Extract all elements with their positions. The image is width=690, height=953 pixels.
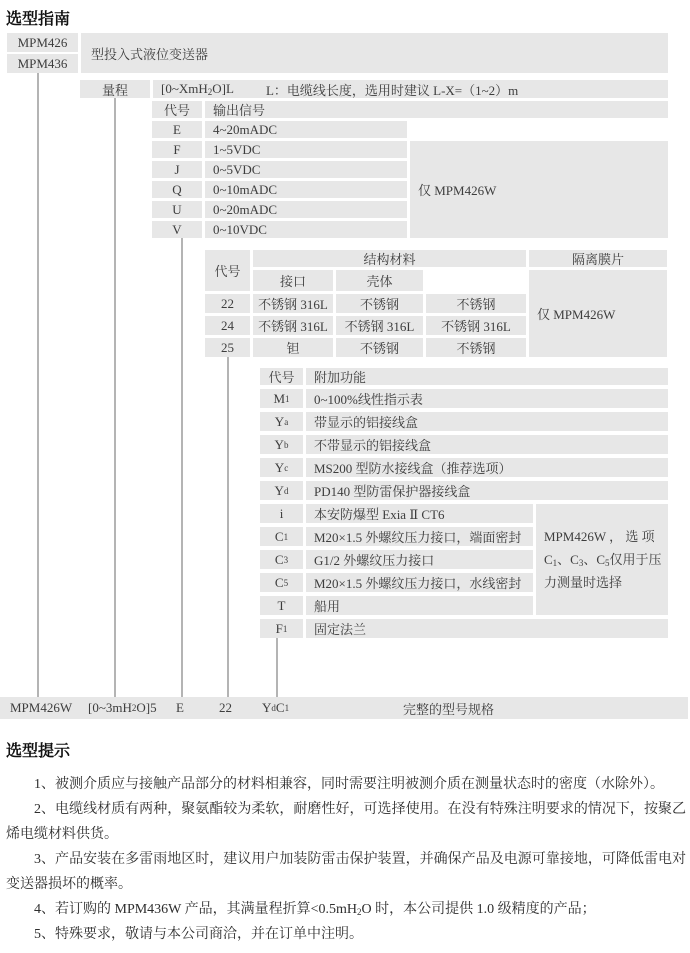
example-range: [0~3mH2O]5	[88, 697, 157, 719]
materials-value-cell: 不锈钢	[336, 338, 423, 357]
materials-group-header: 结构材料	[253, 250, 526, 267]
materials-code-cell: 24	[205, 316, 250, 335]
additional-code-cell: Yd	[260, 481, 303, 500]
output-desc-cell: 1~5VDC	[205, 141, 407, 158]
additional-desc-cell: G1/2 外螺纹压力接口	[306, 550, 533, 569]
example-material-code: 22	[219, 697, 232, 719]
output-code-cell: V	[152, 221, 202, 238]
additional-desc-cell: M20×1.5 外螺纹压力接口，水线密封	[306, 573, 533, 592]
output-desc-cell: 0~5VDC	[205, 161, 407, 178]
additional-name-header: 附加功能	[306, 368, 668, 385]
additional-code-cell: Ya	[260, 412, 303, 431]
output-code-cell: Q	[152, 181, 202, 198]
materials-value-cell: 不锈钢 316L	[426, 316, 526, 335]
additional-code-cell: C3	[260, 550, 303, 569]
tips-list: 1、被测介质应与接触产品部分的材料相兼容，同时需要注明被测介质在测量状态时的密度…	[6, 772, 686, 947]
additional-note-line: MPM426W ， 选 项	[544, 525, 655, 548]
page-title: 选型指南	[6, 6, 70, 29]
materials-value-cell: 不锈钢 316L	[253, 294, 333, 313]
additional-code-cell: M1	[260, 389, 303, 408]
materials-value-cell: 不锈钢 316L	[253, 316, 333, 335]
additional-code-cell: C5	[260, 573, 303, 592]
additional-desc-cell: 0~100%线性指示表	[306, 389, 668, 408]
additional-code-cell: Yb	[260, 435, 303, 454]
additional-desc-cell: 船用	[306, 596, 533, 615]
materials-col-header-diaphragm: 隔离膜片	[529, 250, 667, 267]
materials-value-cell: 不锈钢	[336, 294, 423, 313]
connector-line-model	[37, 73, 39, 697]
additional-desc-cell: PD140 型防雷保护器接线盒	[306, 481, 668, 500]
additional-desc-cell: 带显示的铝接线盒	[306, 412, 668, 431]
output-code-cell: U	[152, 201, 202, 218]
connector-line-range	[114, 98, 116, 697]
materials-code-header: 代号	[205, 250, 250, 291]
output-note-box: 仅 MPM426W	[410, 141, 668, 238]
additional-code-cell: T	[260, 596, 303, 615]
additional-code-cell: i	[260, 504, 303, 523]
output-desc-cell: 0~20mADC	[205, 201, 407, 218]
output-code-cell: F	[152, 141, 202, 158]
materials-code-cell: 22	[205, 294, 250, 313]
output-desc-cell: 4~20mADC	[205, 121, 407, 138]
output-code-cell: J	[152, 161, 202, 178]
additional-code-cell: F1	[260, 619, 303, 638]
range-value: [0~XmH2O]L	[161, 81, 234, 97]
example-model: MPM426W	[10, 697, 72, 719]
additional-desc-cell: MS200 型防水接线盒（推荐选项）	[306, 458, 668, 477]
materials-value-cell: 钽	[253, 338, 333, 357]
output-desc-cell: 0~10mADC	[205, 181, 407, 198]
materials-note-box: 仅 MPM426W	[529, 270, 667, 357]
materials-col-header-housing: 壳体	[336, 270, 423, 291]
connector-line-output	[181, 238, 183, 697]
output-name-header: 输出信号	[205, 101, 668, 118]
additional-desc-cell: 不带显示的铝接线盒	[306, 435, 668, 454]
output-signal-table: 代号 输出信号 仅 MPM426W E4~20mADCF1~5VDCJ0~5VD…	[152, 101, 668, 238]
output-desc-cell: 0~10VDC	[205, 221, 407, 238]
additional-code-cell: C1	[260, 527, 303, 546]
range-row: 量程 [0~XmH2O]L L：电缆线长度，选用时建议 L-X=（1~2）m	[80, 80, 668, 98]
connector-line-materials	[227, 357, 229, 697]
additional-functions-table: 代号 附加功能 MPM426W ， 选 项C1、C3、C5仅用于压力测量时选择 …	[260, 368, 668, 638]
tip-item: 3、产品安装在多雷雨地区时，建议用户加装防雷击保护装置，并确保产品及电源可靠接地…	[6, 847, 686, 897]
range-note: L：电缆线长度，选用时建议 L-X=（1~2）m	[266, 80, 518, 98]
additional-desc-cell: 本安防爆型 Exia Ⅱ CT6	[306, 504, 533, 523]
model-code-mpm426: MPM426	[7, 33, 78, 52]
materials-value-cell: 不锈钢 316L	[336, 316, 423, 335]
tip-item: 4、若订购的 MPM436W 产品，其满量程折算<0.5mH2O 时，本公司提供…	[6, 897, 686, 922]
output-code-cell: E	[152, 121, 202, 138]
additional-note-line: C1、C3、C5仅用于压	[544, 548, 662, 571]
additional-code-header: 代号	[260, 368, 303, 385]
tips-title: 选型提示	[6, 738, 70, 761]
model-code-mpm436: MPM436	[7, 54, 78, 73]
additional-desc-cell: M20×1.5 外螺纹压力接口，端面密封	[306, 527, 533, 546]
additional-code-cell: Yc	[260, 458, 303, 477]
model-type-desc: 型投入式液位变送器	[81, 33, 668, 73]
tip-item: 1、被测介质应与接触产品部分的材料相兼容，同时需要注明被测介质在测量状态时的密度…	[6, 772, 686, 797]
example-caption: 完整的型号规格	[403, 697, 494, 719]
selection-guide-page: 选型指南 MPM426 型投入式液位变送器 MPM436 量程 [0~XmH2O…	[0, 0, 690, 953]
additional-note-box: MPM426W ， 选 项C1、C3、C5仅用于压力测量时选择	[536, 504, 668, 615]
connector-line-additional	[276, 638, 278, 697]
tip-item: 5、特殊要求，敬请与本公司商洽，并在订单中注明。	[6, 922, 686, 947]
tip-item: 2、电缆线材质有两种，聚氨酯较为柔软，耐磨性好，可选择使用。在没有特殊注明要求的…	[6, 797, 686, 847]
additional-note-line: 力测量时选择	[544, 571, 622, 594]
materials-value-cell: 不锈钢	[426, 294, 526, 313]
example-model-bar: MPM426W [0~3mH2O]5 E 22 YdC1 完整的型号规格	[0, 697, 688, 719]
materials-col-header-port: 接口	[253, 270, 333, 291]
materials-value-cell: 不锈钢	[426, 338, 526, 357]
range-label: 量程	[80, 80, 150, 98]
example-output-code: E	[176, 697, 184, 719]
range-value-cell: [0~XmH2O]L L：电缆线长度，选用时建议 L-X=（1~2）m	[153, 80, 668, 98]
additional-desc-cell: 固定法兰	[306, 619, 668, 638]
materials-table: 代号 结构材料 隔离膜片 接口 壳体 仅 MPM426W 22不锈钢 316L不…	[205, 250, 667, 357]
output-code-header: 代号	[152, 101, 202, 118]
example-additional-codes: YdC1	[262, 697, 289, 719]
model-table: MPM426 型投入式液位变送器 MPM436	[7, 33, 668, 73]
materials-code-cell: 25	[205, 338, 250, 357]
